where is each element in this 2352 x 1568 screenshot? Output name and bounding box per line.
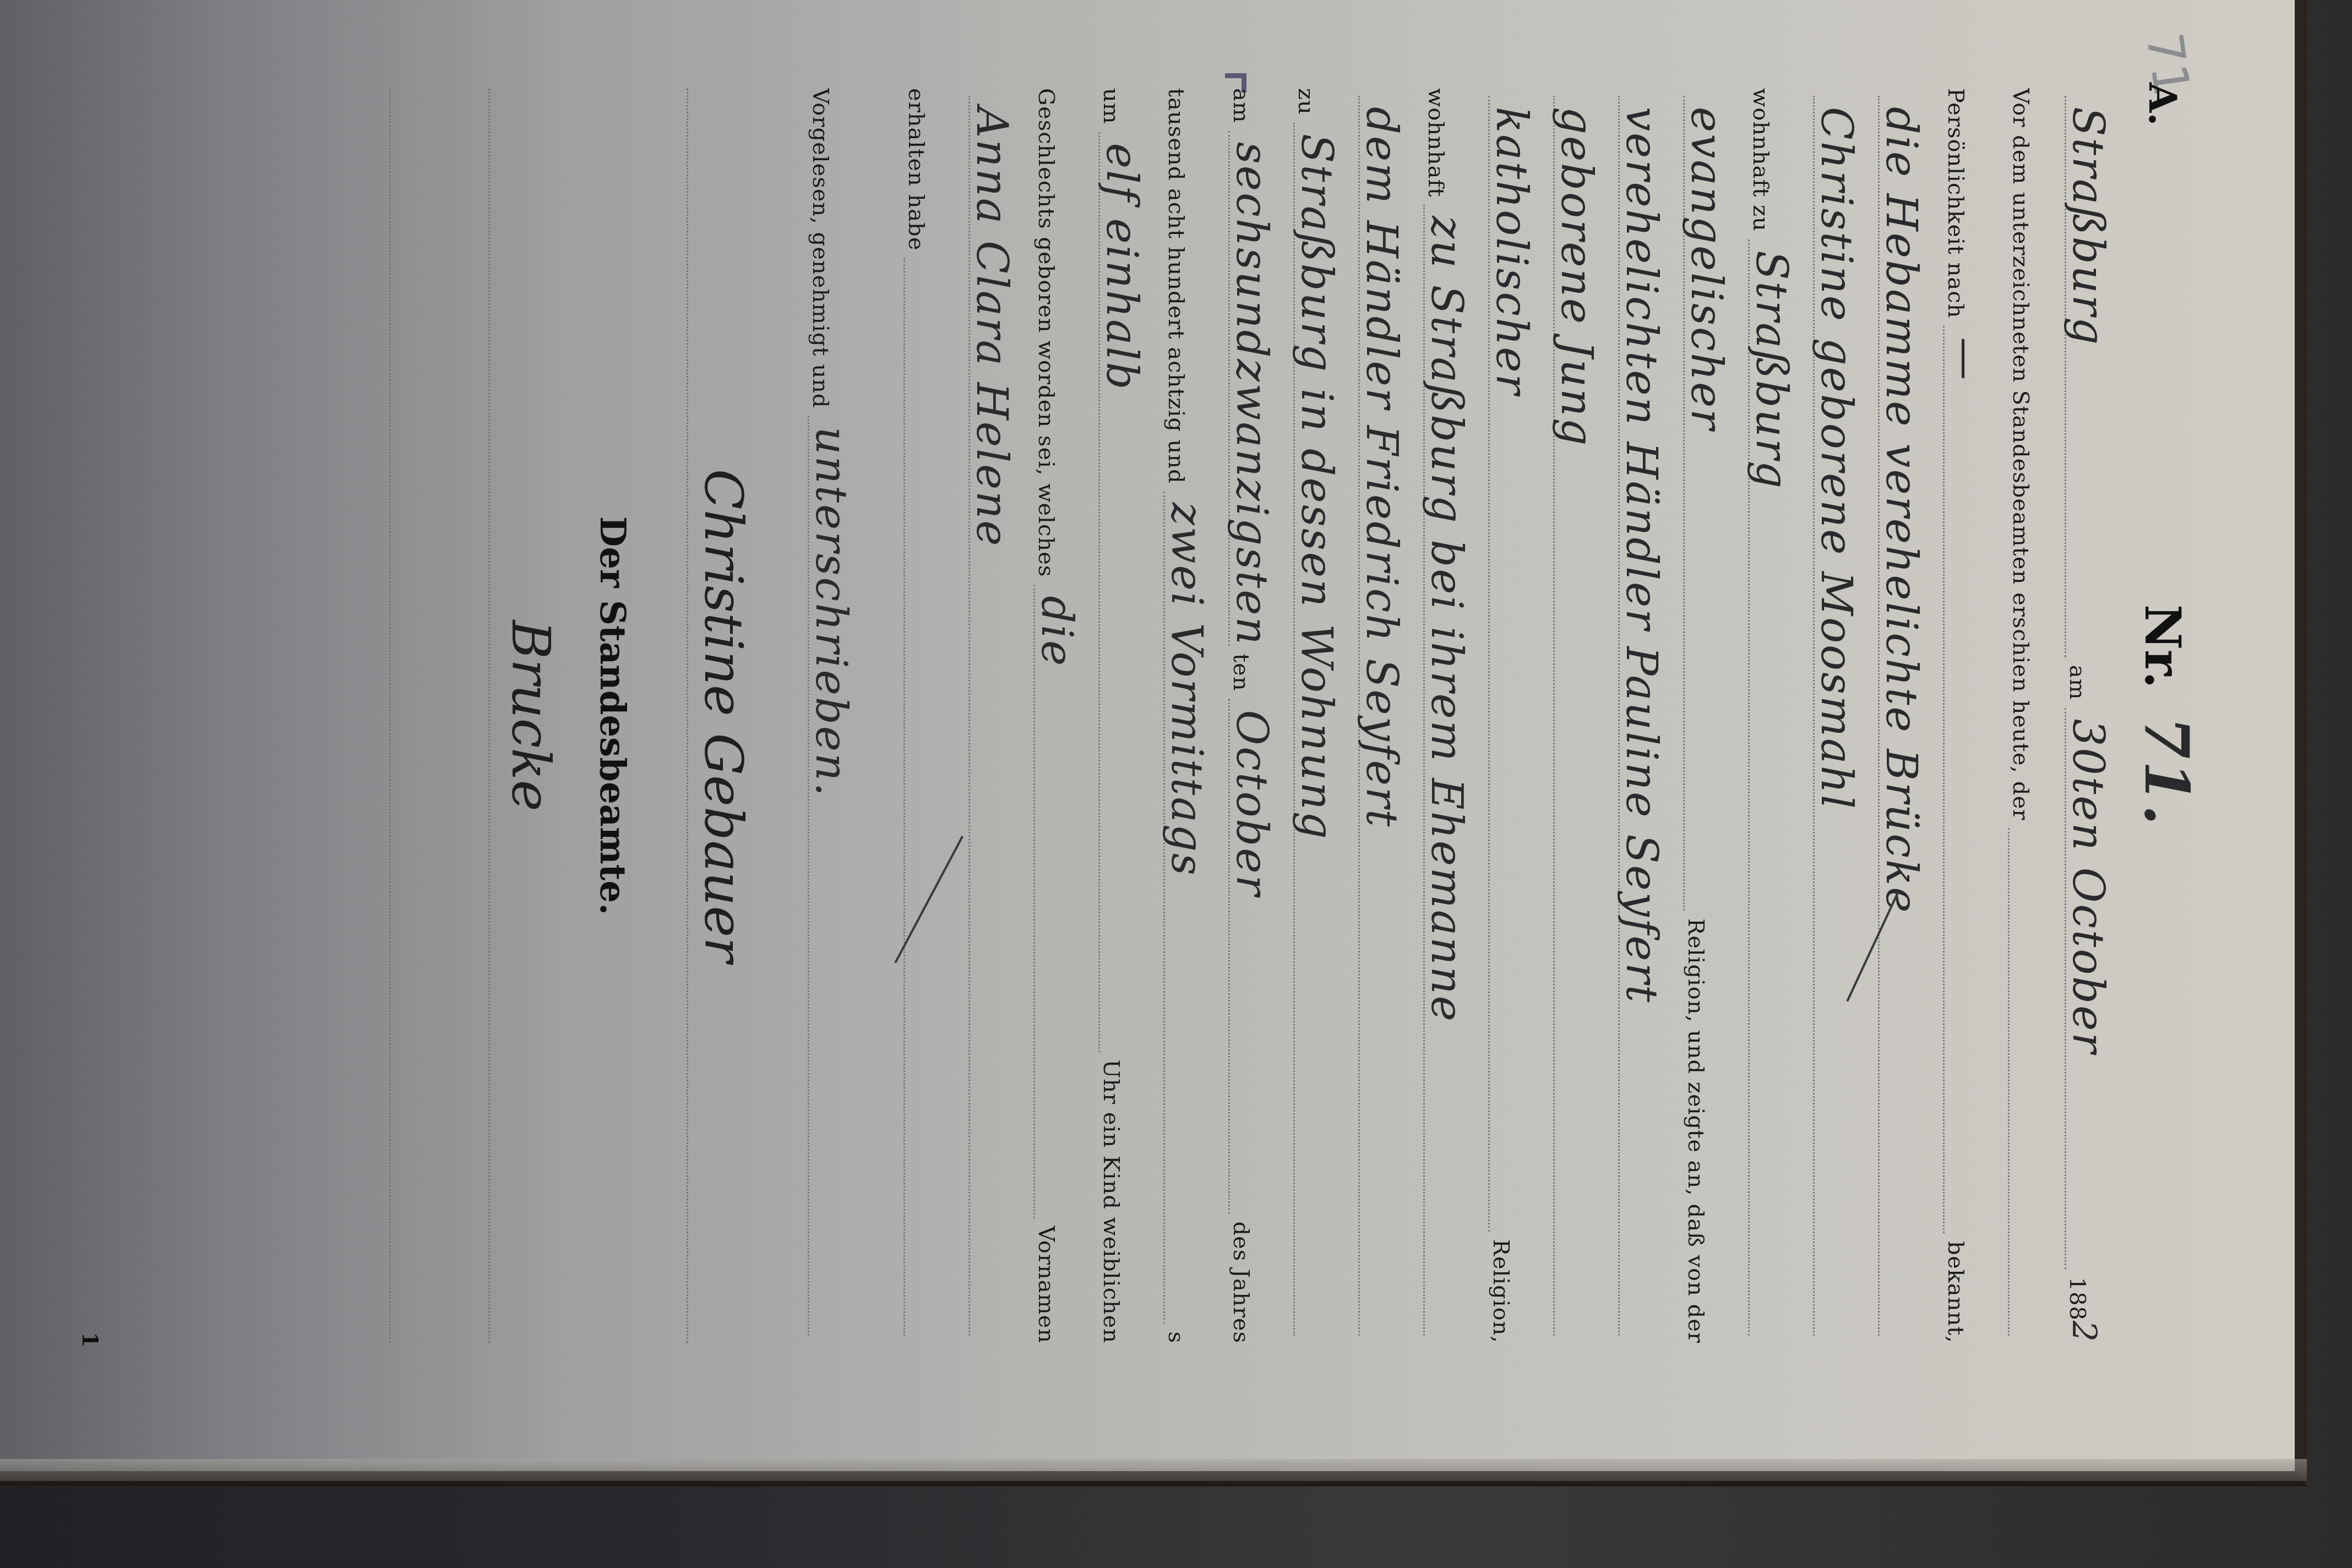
handwritten-entry: dem Händler Friedrich Seyfert <box>1357 107 1406 828</box>
form-line: evangelischerReligion, und zeigte an, da… <box>1683 88 1718 1343</box>
printed-text: wohnhaft zu <box>1748 88 1773 232</box>
handwritten-field: Straßburg in dessen Wohnung <box>1293 123 1328 1336</box>
official-title: Der Standesbeamte. <box>592 11 633 1420</box>
printed-text: Vornamen <box>1033 1226 1059 1343</box>
handwritten-field <box>903 258 938 1336</box>
page-number: 1 <box>77 1332 103 1348</box>
form-line: geborene Jung <box>1553 88 1588 1343</box>
printed-text: um <box>1098 88 1124 124</box>
informant-signature-line: Christine Gebauer <box>693 88 754 1343</box>
form-line: Christine geborene Moosmahl <box>1813 88 1848 1343</box>
printed-text: wohnhaft <box>1423 88 1449 197</box>
handwritten-field: Christine geborene Moosmahl <box>1813 96 1848 1336</box>
handwritten-entry: die Hebamme verehelichte Brücke <box>1876 107 1926 914</box>
form-line: katholischerReligion, <box>1488 88 1523 1343</box>
handwritten-entry: evangelischer <box>1681 107 1731 431</box>
form-line: Anna Clara Helene <box>968 88 1003 1343</box>
handwritten-entry: verehelichten Händler Pauline Seyfert <box>1616 107 1666 1004</box>
form-line: die Hebamme verehelichte Brücke <box>1878 88 1913 1343</box>
place-value: Straßburg <box>2063 107 2113 346</box>
form-line: amsechsundzwanzigstentenOctoberdes Jahre… <box>1228 88 1263 1343</box>
handwritten-entry: sechsundzwanzigsten <box>1227 142 1276 646</box>
form-line: zuStraßburg in dessen Wohnung <box>1293 88 1328 1343</box>
handwritten-field: Straßburg <box>1748 239 1783 1336</box>
date-field: 30ten October <box>2065 708 2099 1270</box>
printed-text: Geschlechts geboren worden sei, welches <box>1033 88 1059 577</box>
handwritten-field: October <box>1228 699 1263 1213</box>
read-label: Vorgelesen, genehmigt und <box>808 88 833 408</box>
birth-entry-form: 71 A. Nr. 71. Straßburg am 30ten October… <box>281 11 2208 1420</box>
printed-text: Persönlichkeit nach <box>1943 88 1968 318</box>
form-line: dem Händler Friedrich Seyfert <box>1358 88 1393 1343</box>
handwritten-entry: Straßburg <box>1746 251 1796 490</box>
handwritten-field: evangelischer <box>1683 96 1718 911</box>
divider <box>389 88 391 1343</box>
form-line: umelf einhalbUhr ein Kind weiblichen <box>1098 88 1133 1343</box>
printed-text: am <box>1228 88 1254 123</box>
handwritten-field: elf einhalb <box>1098 132 1133 1052</box>
printed-text: Uhr ein Kind weiblichen <box>1098 1060 1124 1344</box>
handwritten-entry: Christine geborene Moosmahl <box>1811 107 1861 810</box>
handwritten-field: — <box>1943 326 1978 1233</box>
handwritten-field: die <box>1033 585 1068 1218</box>
printed-text: s <box>1163 1331 1189 1343</box>
handwritten-entry: geborene Jung <box>1551 107 1601 447</box>
printed-text: Vor dem unterzeichneten Standesbeamten e… <box>2008 88 2033 820</box>
handwritten-entry: zu Straßburg bei ihrem Ehemanne <box>1422 216 1471 1023</box>
handwritten-entry: zwei Vormittags <box>1162 503 1211 877</box>
official-signature: Brucke <box>500 620 562 811</box>
nr-value: 71. <box>2131 717 2202 827</box>
nr-label: Nr. <box>2133 605 2192 689</box>
form-line: wohnhaftzu Straßburg bei ihrem Ehemanne <box>1423 88 1458 1343</box>
handwritten-entry: elf einhalb <box>1097 143 1146 391</box>
place-date-line: Straßburg am 30ten October 188 2 <box>2065 88 2103 1343</box>
form-line: verehelichten Händler Pauline Seyfert <box>1618 88 1653 1343</box>
official-signature-line: Brucke <box>500 88 562 1343</box>
informant-signature: Christine Gebauer <box>693 469 754 962</box>
printed-text: Religion, <box>1488 1239 1513 1343</box>
handwritten-field: zu Straßburg bei ihrem Ehemanne <box>1423 205 1458 1336</box>
entry-number: Nr. 71. <box>2131 11 2202 1420</box>
handwritten-field: sechsundzwanzigsten <box>1228 131 1263 646</box>
form-line: Persönlichkeit nach—bekannt, <box>1943 88 1978 1343</box>
printed-text: Religion, und zeigte an, daß von der <box>1683 918 1708 1343</box>
handwritten-field: dem Händler Friedrich Seyfert <box>1358 96 1393 1336</box>
handwritten-entry: katholischer <box>1487 107 1536 396</box>
year-prefix: 188 <box>2065 1277 2090 1320</box>
handwritten-field: katholischer <box>1488 96 1523 1232</box>
read-value: unterschrieben. <box>806 427 856 798</box>
handwritten-entry: Anna Clara Helene <box>967 107 1016 548</box>
printed-text: tausend acht hundert achtzig und <box>1163 88 1189 484</box>
form-line: tausend acht hundert achtzig undzwei Vor… <box>1163 88 1198 1343</box>
form-line: wohnhaft zuStraßburg <box>1748 88 1783 1343</box>
read-field: unterschrieben. <box>808 416 842 1336</box>
year-suffix: 2 <box>2065 1321 2103 1343</box>
handwritten-field: die Hebamme verehelichte Brücke <box>1878 96 1913 1336</box>
divider <box>488 88 490 1343</box>
handwritten-field: verehelichten Händler Pauline Seyfert <box>1618 96 1653 1336</box>
form-line: Vor dem unterzeichneten Standesbeamten e… <box>2008 88 2043 1343</box>
handwritten-field: Anna Clara Helene <box>968 96 1003 1336</box>
date-value: 30ten October <box>2063 719 2113 1055</box>
printed-text: des Jahres <box>1228 1222 1254 1343</box>
printed-text: ten <box>1228 654 1254 692</box>
handwritten-entry: Straßburg in dessen Wohnung <box>1292 134 1341 841</box>
handwritten-entry: October <box>1227 710 1276 897</box>
printed-text: zu <box>1293 88 1319 115</box>
form-line: Geschlechts geboren worden sei, welchesd… <box>1033 88 1068 1343</box>
am-label: am <box>2065 665 2090 700</box>
page-edge <box>0 1459 2307 1481</box>
printed-text: bekannt, <box>1943 1241 1968 1343</box>
handwritten-field: geborene Jung <box>1553 96 1588 1336</box>
handwritten-entry: — <box>1941 337 1991 382</box>
handwritten-field: zwei Vormittags <box>1163 492 1198 1324</box>
handwritten-entry: die <box>1032 596 1081 667</box>
form-line: erhalten habe <box>903 88 938 1343</box>
divider <box>687 88 688 1343</box>
read-approved-line: Vorgelesen, genehmigt und unterschrieben… <box>808 88 842 1343</box>
printed-text: erhalten habe <box>903 88 929 251</box>
place-field: Straßburg <box>2065 96 2099 657</box>
handwritten-field <box>2008 828 2043 1336</box>
